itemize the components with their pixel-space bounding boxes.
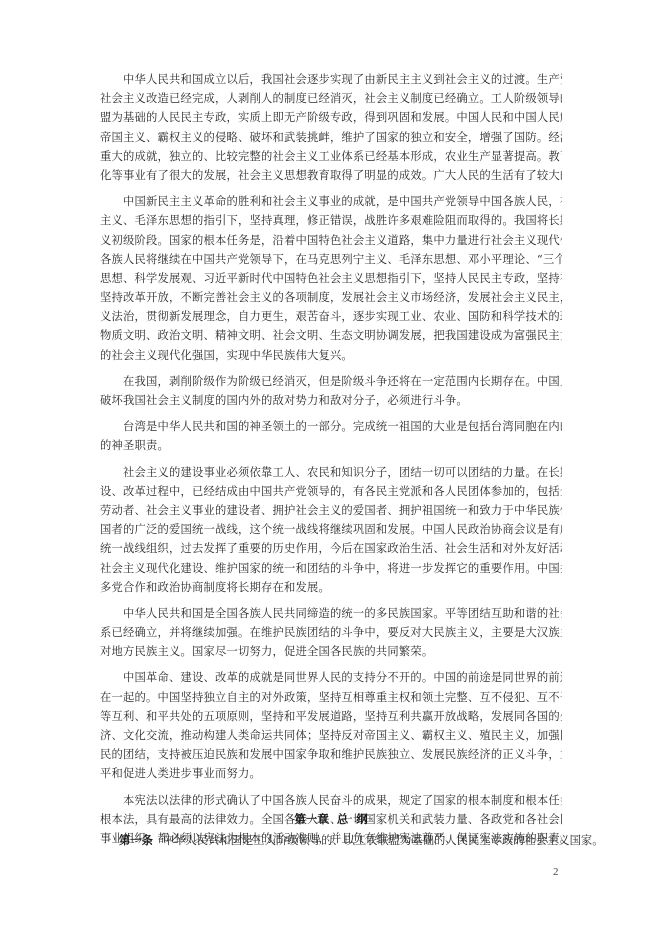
paragraph: 中国革命、建设、改革的成就是同世界人民的支持分不开的。中国的前途是同世界的前途紧…: [100, 668, 562, 783]
text-line: 多党合作和政治协商制度将长期存在和发展。: [100, 578, 562, 597]
text-line: 中华人民共和国是全国各族人民共同缔造的统一的多民族国家。平等团结互助和谐的社会主…: [100, 604, 562, 623]
text-line: 对地方民族主义。国家尽一切努力，促进全国各民族的共同繁荣。: [100, 642, 562, 661]
text-line: 化等事业有了很大的发展，社会主义思想教育取得了明显的成效。广大人民的生活有了较大…: [100, 166, 562, 185]
paragraph: 中华人民共和国是全国各族人民共同缔造的统一的多民族国家。平等团结互助和谐的社会主…: [100, 604, 562, 662]
text-line: 劳动者、社会主义事业的建设者、拥护社会主义的爱国者、拥护祖国统一和致力于中华民族…: [100, 501, 562, 520]
text-line: 盟为基础的人民民主专政，实质上即无产阶级专政，得到巩固和发展。中国人民和中国人民…: [100, 108, 562, 127]
text-line: 各族人民将继续在中国共产党领导下，在马克思列宁主义、毛泽东思想、邓小平理论、“三…: [100, 250, 562, 269]
text-line: 台湾是中华人民共和国的神圣领土的一部分。完成统一祖国的大业是包括台湾同胞在内的全…: [100, 417, 562, 436]
text-line: 主义、毛泽东思想的指引下，坚持真理，修正错误，战胜许多艰难险阻而取得的。我国将长…: [100, 211, 562, 230]
text-line: 社会主义改造已经完成，人剥削人的制度已经消灭，社会主义制度已经确立。工人阶级领导…: [100, 89, 562, 108]
text-line: 物质文明、政治文明、精神文明、社会文明、生态文明协调发展，把我国建设成为富强民主…: [100, 326, 562, 345]
chapter-title-char-2: 纲: [356, 812, 368, 826]
text-line: 设、改革过程中，已经结成由中国共产党领导的，有各民主党派和各人民团体参加的，包括…: [100, 482, 562, 501]
page-number: 2: [553, 866, 559, 878]
text-line: 中华人民共和国成立以后，我国社会逐步实现了由新民主主义到社会主义的过渡。生产资料…: [100, 70, 562, 89]
text-line: 社会主义现代化建设、维护国家的统一和团结的斗争中，将进一步发挥它的重要作用。中国…: [100, 559, 562, 578]
text-line: 的社会主义现代化强国，实现中华民族伟大复兴。: [100, 346, 562, 365]
paragraph: 社会主义的建设事业必须依靠工人、农民和知识分子，团结一切可以团结的力量。在长期的…: [100, 463, 562, 597]
text-line: 坚持改革开放，不断完善社会主义的各项制度，发展社会主义市场经济，发展社会主义民主…: [100, 288, 562, 307]
text-line: 中国新民主主义革命的胜利和社会主义事业的成就，是中国共产党领导中国各族人民，在马…: [100, 192, 562, 211]
text-line: 本宪法以法律的形式确认了中国各族人民奋斗的成果，规定了国家的根本制度和根本任务，…: [100, 791, 562, 810]
preamble-body: 中华人民共和国成立以后，我国社会逐步实现了由新民主主义到社会主义的过渡。生产资料…: [100, 70, 562, 855]
text-line: 系已经确立，并将继续加强。在维护民族团结的斗争中，要反对大民族主义，主要是大汉族…: [100, 623, 562, 642]
text-line: 中国革命、建设、改革的成就是同世界人民的支持分不开的。中国的前途是同世界的前途紧…: [100, 668, 562, 687]
text-line: 破坏我国社会主义制度的国内外的敌对势力和敌对分子，必须进行斗争。: [100, 391, 562, 410]
text-line: 帝国主义、霸权主义的侵略、破坏和武装挑衅，维护了国家的独立和安全，增强了国防。经…: [100, 128, 562, 147]
text-line: 平和促进人类进步事业而努力。: [100, 764, 562, 783]
text-line: 的神圣职责。: [100, 436, 562, 455]
document-page: 中华人民共和国成立以后，我国社会逐步实现了由新民主主义到社会主义的过渡。生产资料…: [0, 0, 662, 936]
text-line: 在一起的。中国坚持独立自主的对外政策，坚持互相尊重主权和领土完整、互不侵犯、互不…: [100, 688, 562, 707]
chapter-heading: 第一章总纲: [100, 811, 562, 827]
text-line: 国者的广泛的爱国统一战线，这个统一战线将继续巩固和发展。中国人民政治协商会议是有…: [100, 520, 562, 539]
text-line: 思想、科学发展观、习近平新时代中国特色社会主义思想指引下，坚持人民民主专政，坚持…: [100, 269, 562, 288]
text-line: 统一战线组织，过去发挥了重要的历史作用，今后在国家政治生活、社会生活和对外友好活…: [100, 539, 562, 558]
text-line: 义初级阶段。国家的根本任务是，沿着中国特色社会主义道路，集中力量进行社会主义现代…: [100, 231, 562, 250]
paragraph: 中华人民共和国成立以后，我国社会逐步实现了由新民主主义到社会主义的过渡。生产资料…: [100, 70, 562, 185]
paragraph: 中国新民主主义革命的胜利和社会主义事业的成就，是中国共产党领导中国各族人民，在马…: [100, 192, 562, 365]
chapter-title-char-1: 总: [337, 812, 349, 826]
paragraph: 在我国，剥削阶级作为阶级已经消灭，但是阶级斗争还将在一定范围内长期存在。中国人民…: [100, 372, 562, 410]
text-line: 义法治，贯彻新发展理念，自力更生，艰苦奋斗，逐步实现工业、农业、国防和科学技术的…: [100, 307, 562, 326]
text-line: 等互利、和平共处的五项原则，坚持和平发展道路，坚持互利共赢开放战略，发展同各国的…: [100, 707, 562, 726]
article-text: 中华人民共和国是工人阶级领导的、以工农联盟为基础的人民民主专政的社会主义国家。: [163, 834, 604, 847]
text-line: 在我国，剥削阶级作为阶级已经消灭，但是阶级斗争还将在一定范围内长期存在。中国人民…: [100, 372, 562, 391]
article-label: 第一条: [119, 834, 153, 847]
paragraph: 台湾是中华人民共和国的神圣领土的一部分。完成统一祖国的大业是包括台湾同胞在内的全…: [100, 417, 562, 455]
text-line: 民的团结，支持被压迫民族和发展中国家争取和维护民族独立、发展民族经济的正义斗争，…: [100, 745, 562, 764]
chapter-number: 第一章: [294, 812, 329, 826]
article-1: 第一条中华人民共和国是工人阶级领导的、以工农联盟为基础的人民民主专政的社会主义国…: [119, 831, 569, 850]
text-line: 济、文化交流，推动构建人类命运共同体；坚持反对帝国主义、霸权主义、殖民主义，加强…: [100, 726, 562, 745]
text-line: 重大的成就，独立的、比较完整的社会主义工业体系已经基本形成，农业生产显著提高。教…: [100, 147, 562, 166]
text-line: 社会主义的建设事业必须依靠工人、农民和知识分子，团结一切可以团结的力量。在长期的…: [100, 463, 562, 482]
